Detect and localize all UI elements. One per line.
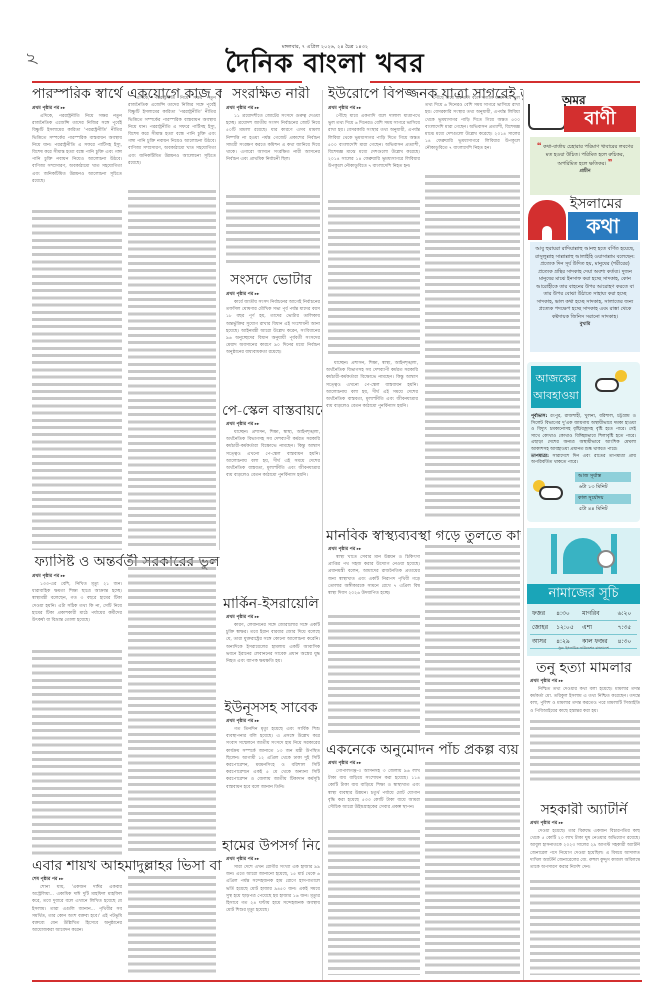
- prayer-time: ৬:২০: [616, 607, 637, 621]
- article-headline[interactable]: সহকারী অ্যাটর্নি: [526, 802, 642, 818]
- masthead: ২ মঙ্গলবার, ৭ এপ্রিল ২০২৬, ২৪ চৈত্র ১৪৩২…: [0, 0, 650, 70]
- prayer-times-table: ফজর ৪:৩০ মাগরিব ৬:২০ জোহর ১২:০৫ এশা ৭:৩৫…: [530, 607, 637, 649]
- prayer-name: জোহর: [530, 621, 554, 635]
- prayer-title: নামাজের সূচি: [527, 584, 640, 604]
- quote-text: কথা-বার্তায় চেহারার পরিমাণ খাবারের লবণে…: [543, 144, 633, 167]
- quote-attribution: প্রাচীন: [536, 168, 634, 176]
- prayer-row: জোহর ১২:০৫ এশা ৭:৩৫: [530, 621, 637, 635]
- article-headline[interactable]: মানবিক স্বাস্থ্যব্যবস্থা গড়ে তুলতে কাজ: [326, 528, 521, 544]
- prayer-row: ফজর ৪:৩০ মাগরিব ৬:২০: [530, 607, 637, 621]
- continuation-label: শেষ পৃষ্ঠার পর ▸▸: [32, 876, 63, 883]
- column-divider: [322, 90, 323, 980]
- article-body-continued: [530, 880, 640, 975]
- article-headline[interactable]: পে-স্কেল বাস্তবায়নের: [222, 403, 322, 419]
- continuation-label: প্রথম পৃষ্ঠার পর ▸▸: [530, 678, 563, 685]
- clock-icon: [597, 550, 615, 568]
- article-body: কার্বে জাতীয় সংসদ নির্বাচনের আগেই নির্ব…: [226, 299, 320, 399]
- article-headline[interactable]: এবার শায়খ আহমাদুল্লাহর ভিসা বাতিল: [32, 858, 222, 874]
- open-book-icon: [528, 104, 566, 130]
- hadith-text: আবু হুরায়রা রাদিয়াল্লাহু আনহু হতে বর্ণ…: [535, 246, 635, 320]
- continuation-label: প্রথম পৃষ্ঠার পর ▸▸: [226, 291, 259, 298]
- article-body-continued: [328, 615, 420, 735]
- prayer-source: সূত্র: ইসলামিক ফাউন্ডেশন বাংলাদেশ: [527, 646, 640, 652]
- continuation-label: প্রথম পৃষ্ঠার পর ▸▸: [226, 614, 259, 621]
- article-headline[interactable]: হামের উপসর্গ নিয়ে: [222, 838, 320, 854]
- forecast-text: রংপুর, রাজশাহী, খুলনা, বরিশাল, চট্টগ্রাম…: [531, 414, 636, 452]
- islam-title-main: কথা: [568, 212, 638, 240]
- rain-cloud-icon: [595, 378, 619, 392]
- article-body-continued: [226, 195, 320, 265]
- weather-title-line2: আবহাওয়া: [531, 387, 581, 404]
- continuation-label: প্রথম পৃষ্ঠার পর ▸▸: [226, 718, 259, 725]
- prayer-name: এশা: [580, 621, 615, 635]
- continuation-label: প্রথম পৃষ্ঠার পর ▸▸: [328, 105, 361, 112]
- prayer-time: ১২:০৫: [554, 621, 580, 635]
- continuation-label: প্রথম পৃষ্ঠার পর ▸▸: [328, 760, 361, 767]
- continuation-label: প্রথম পৃষ্ঠার পর ▸▸: [226, 421, 259, 428]
- article-body-continued: [32, 650, 122, 855]
- continuation-label: প্রথম পৃষ্ঠার পর ▸▸: [530, 820, 563, 827]
- sunset-label: আজ সূর্যাস্ত: [575, 472, 631, 482]
- article-body: যাচ্ছেন। প্রশাসন, শিক্ষা, স্বাস্থ্য, আইন…: [226, 429, 320, 549]
- top-rule-left: [32, 81, 302, 83]
- amar-bani-title-main: বাণী: [564, 106, 636, 132]
- article-body-continued: [128, 190, 216, 550]
- weather-title-line1: আজকের: [531, 370, 581, 387]
- column-divider: [523, 90, 524, 980]
- sunrise-time: ৫টা ৪৪ মিনিট: [575, 504, 631, 516]
- temperature-label: তাপমাত্রা:: [531, 454, 549, 459]
- prayer-name: মাগরিব: [580, 607, 615, 621]
- article-body-col2: [425, 545, 520, 735]
- weather-widget: আজকের আবহাওয়া পূর্বাভাস: রংপুর, রাজশাহী…: [527, 362, 640, 522]
- minaret-icon: [551, 534, 557, 574]
- article-headline[interactable]: ইউনূসসহ সাবেক: [222, 700, 320, 716]
- sunset-time: ৬টা ১৩ মিনিট: [575, 482, 631, 494]
- sunset-box: আজ সূর্যাস্ত ৬টা ১৩ মিনিট কাল সূর্যোদয় …: [575, 472, 631, 516]
- quote-box: ❝ কথা-বার্তায় চেহারার পরিমাণ খাবারের লব…: [530, 137, 640, 195]
- article-body-col2: [128, 560, 216, 855]
- hadith-box: আবু হুরায়রা রাদিয়াল্লাহু আনহু হতে বর্ণ…: [530, 242, 640, 352]
- mosque-icon: [528, 200, 566, 240]
- islam-header: ইসলামের কথা: [528, 190, 640, 242]
- top-rule-right: [370, 81, 640, 83]
- continuation-label: প্রথম পৃষ্ঠার পর ▸▸: [226, 856, 259, 863]
- prayer-schedule: নামাজের সূচি ফজর ৪:৩০ মাগরিব ৬:২০ জোহর ১…: [527, 528, 640, 656]
- close-quote-icon: ❞: [608, 158, 613, 167]
- column-divider: [219, 90, 220, 550]
- article-body: শোনা যায়, 'একজন দাঈর একবার অস্ট্রেলিয়া…: [32, 884, 122, 976]
- article-headline[interactable]: সংরক্ষিত নারী: [222, 86, 320, 102]
- continuation-label: প্রথম পৃষ্ঠার পর ▸▸: [328, 546, 361, 553]
- article-body: কারণ, লেবাননের সঙ্গে জোরালোর সঙ্গে একটি …: [226, 622, 320, 692]
- sunrise-label: কাল সূর্যোদয়: [575, 494, 631, 504]
- weather-title: আজকের আবহাওয়া: [531, 366, 581, 408]
- article-body: গত তিনদিন মৃত্যু হয়েছে এবং সার্বিক শিশু…: [226, 726, 320, 836]
- continuation-label: প্রথম পৃষ্ঠার পর ▸▸: [226, 105, 259, 112]
- continuation-label: প্রথম পৃষ্ঠার পর ▸▸: [32, 105, 65, 112]
- article-body-continued: [32, 210, 122, 550]
- bottom-rule: [32, 980, 642, 982]
- article-body-continued: [328, 830, 420, 975]
- forecast-label: পূর্বাভাস:: [531, 414, 547, 419]
- article-body-continued: [328, 200, 420, 355]
- prayer-time: ৭:৩৫: [616, 621, 637, 635]
- hadith-source: বুখারি: [535, 321, 635, 329]
- article-headline[interactable]: মার্কিন-ইসরায়েলি: [222, 596, 320, 612]
- cloud-icon: [539, 486, 563, 500]
- article-headline[interactable]: তনু হত্যা মামলার: [526, 660, 642, 676]
- newspaper-logo: দৈনিক বাংলা খবর: [0, 49, 650, 79]
- prayer-name: ফজর: [530, 607, 554, 621]
- article-body-col2: [128, 876, 216, 976]
- open-quote-icon: ❝: [537, 141, 542, 150]
- prayer-time: ৪:৩০: [554, 607, 580, 621]
- weather-forecast: পূর্বাভাস: রংপুর, রাজশাহী, খুলনা, বরিশাল…: [531, 414, 636, 467]
- article-headline[interactable]: একনেকে অনুমোদন পাঁচ প্রকল্প ব্যয় প্রায়: [326, 742, 521, 758]
- article-body: সারা দেশে এখন রোগীর সংখ্যা এক হাজার ৯৯ জ…: [226, 864, 320, 974]
- article-body-continued: [530, 720, 640, 782]
- continuation-label: প্রথম পৃষ্ঠার পর ▸▸: [32, 573, 65, 580]
- article-body-col2: যাচ্ছেন। প্রশাসন, শিক্ষা, স্বাস্থ্য, আইন…: [326, 360, 418, 510]
- article-body-continued: [425, 175, 520, 520]
- article-body-col2: [425, 762, 520, 977]
- article-headline[interactable]: সংসদে ভোটার: [222, 272, 320, 288]
